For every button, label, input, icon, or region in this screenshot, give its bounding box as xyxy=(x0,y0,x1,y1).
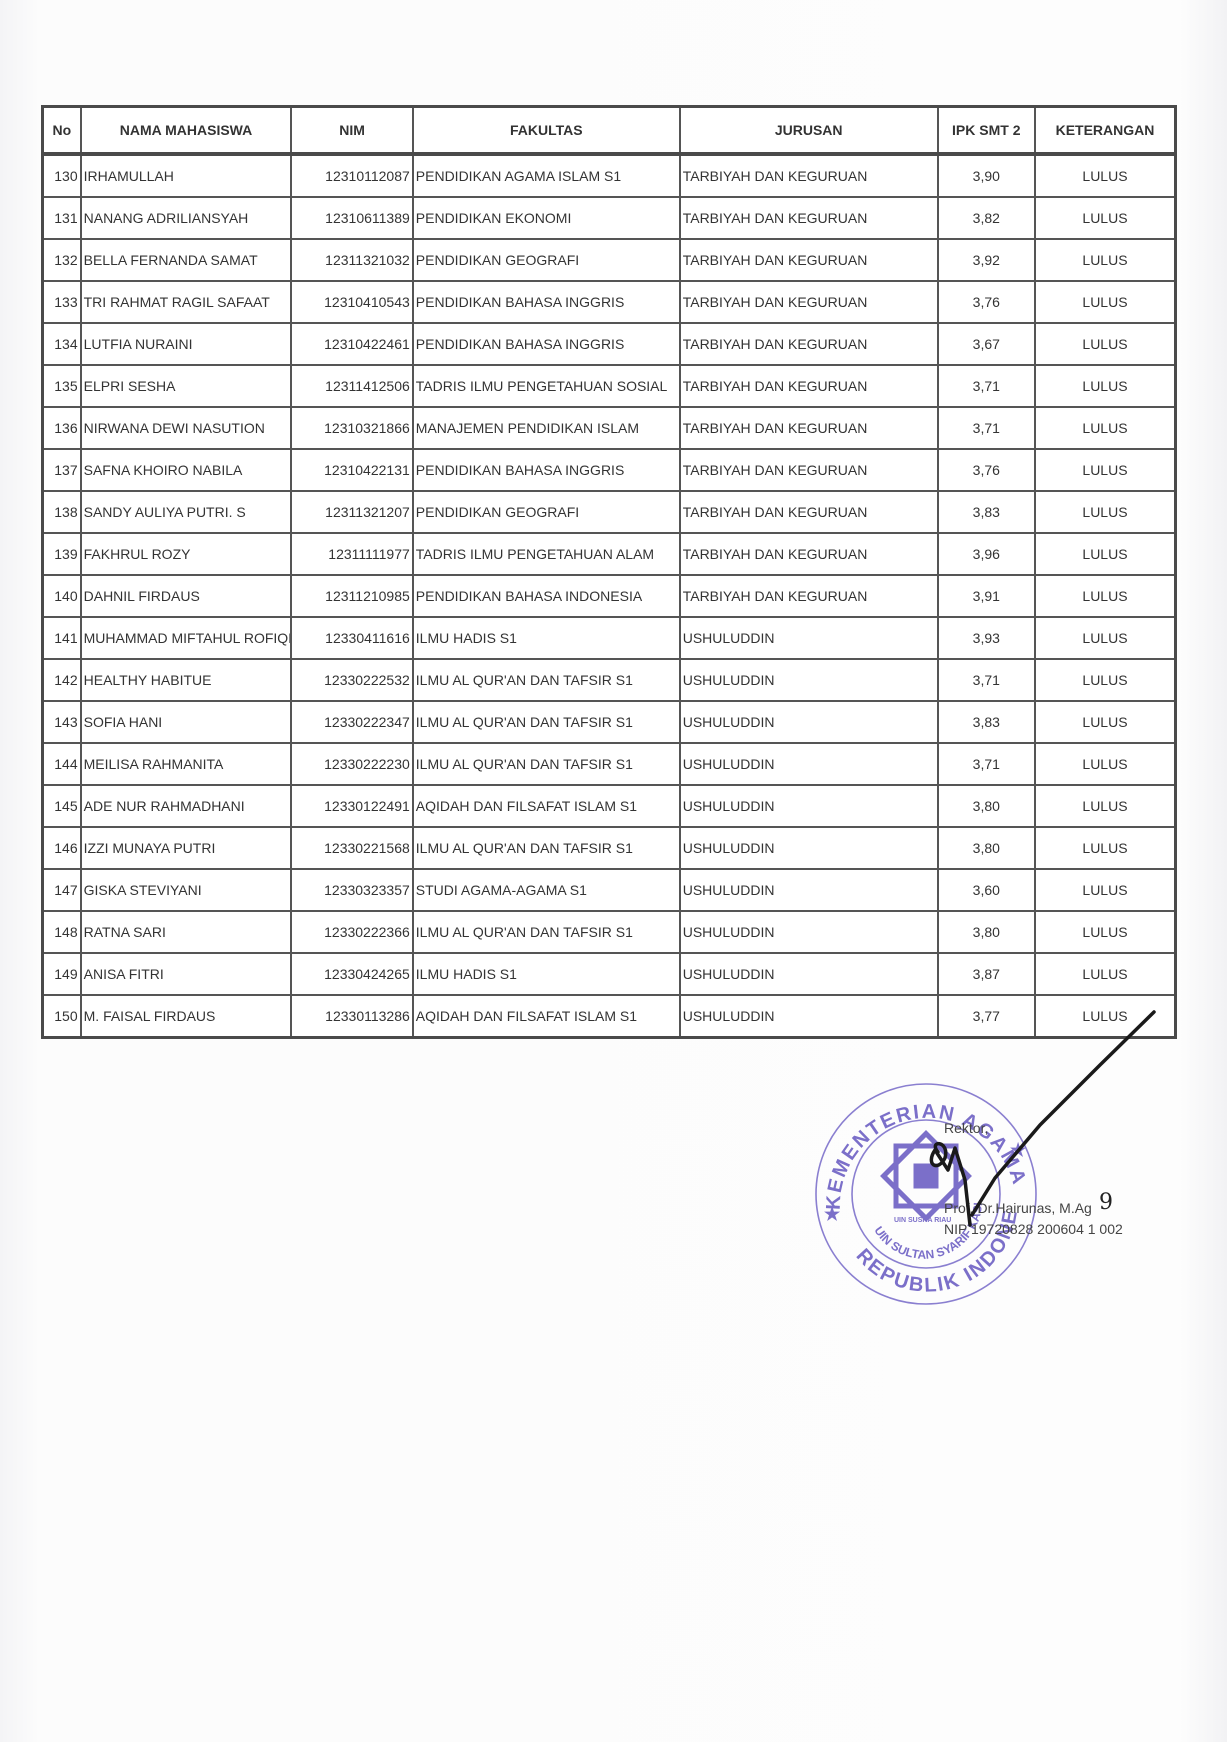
cell-ipk: 3,77 xyxy=(938,995,1035,1038)
cell-ipk: 3,80 xyxy=(938,785,1035,827)
cell-fakultas: PENDIDIKAN BAHASA INGGRIS xyxy=(413,323,680,365)
cell-no: 148 xyxy=(43,911,81,953)
cell-name: HEALTHY HABITUE xyxy=(81,659,292,701)
table-row: 135ELPRI SESHA12311412506TADRIS ILMU PEN… xyxy=(43,365,1176,407)
cell-ipk: 3,83 xyxy=(938,491,1035,533)
cell-jurusan: TARBIYAH DAN KEGURUAN xyxy=(680,407,938,449)
cell-keterangan: LULUS xyxy=(1035,154,1176,197)
cell-ipk: 3,76 xyxy=(938,281,1035,323)
header-nim: NIM xyxy=(291,107,412,155)
cell-name: BELLA FERNANDA SAMAT xyxy=(81,239,292,281)
cell-ipk: 3,76 xyxy=(938,449,1035,491)
table-row: 131NANANG ADRILIANSYAH12310611389PENDIDI… xyxy=(43,197,1176,239)
cell-name: ADE NUR RAHMADHANI xyxy=(81,785,292,827)
cell-keterangan: LULUS xyxy=(1035,953,1176,995)
cell-no: 142 xyxy=(43,659,81,701)
cell-jurusan: TARBIYAH DAN KEGURUAN xyxy=(680,533,938,575)
cell-keterangan: LULUS xyxy=(1035,323,1176,365)
cell-no: 147 xyxy=(43,869,81,911)
cell-fakultas: PENDIDIKAN GEOGRAFI xyxy=(413,491,680,533)
cell-no: 145 xyxy=(43,785,81,827)
cell-fakultas: ILMU HADIS S1 xyxy=(413,617,680,659)
header-fakultas: FAKULTAS xyxy=(413,107,680,155)
cell-ipk: 3,82 xyxy=(938,197,1035,239)
cell-keterangan: LULUS xyxy=(1035,785,1176,827)
cell-no: 138 xyxy=(43,491,81,533)
cell-nim: 12310422131 xyxy=(291,449,412,491)
table-header-row: No NAMA MAHASISWA NIM FAKULTAS JURUSAN I… xyxy=(43,107,1176,155)
cell-nim: 12330411616 xyxy=(291,617,412,659)
cell-ipk: 3,67 xyxy=(938,323,1035,365)
table-row: 144MEILISA RAHMANITA12330222230ILMU AL Q… xyxy=(43,743,1176,785)
cell-ipk: 3,80 xyxy=(938,827,1035,869)
cell-no: 131 xyxy=(43,197,81,239)
cell-fakultas: ILMU AL QUR'AN DAN TAFSIR S1 xyxy=(413,701,680,743)
cell-ipk: 3,71 xyxy=(938,743,1035,785)
cell-jurusan: USHULUDDIN xyxy=(680,953,938,995)
cell-jurusan: USHULUDDIN xyxy=(680,911,938,953)
cell-no: 146 xyxy=(43,827,81,869)
cell-name: ELPRI SESHA xyxy=(81,365,292,407)
cell-name: IRHAMULLAH xyxy=(81,154,292,197)
cell-nim: 12311321032 xyxy=(291,239,412,281)
cell-keterangan: LULUS xyxy=(1035,575,1176,617)
cell-name: IZZI MUNAYA PUTRI xyxy=(81,827,292,869)
cell-name: LUTFIA NURAINI xyxy=(81,323,292,365)
cell-jurusan: TARBIYAH DAN KEGURUAN xyxy=(680,575,938,617)
cell-jurusan: USHULUDDIN xyxy=(680,995,938,1038)
cell-nim: 12310410543 xyxy=(291,281,412,323)
cell-name: NIRWANA DEWI NASUTION xyxy=(81,407,292,449)
cell-fakultas: ILMU AL QUR'AN DAN TAFSIR S1 xyxy=(413,659,680,701)
cell-name: GISKA STEVIYANI xyxy=(81,869,292,911)
cell-jurusan: TARBIYAH DAN KEGURUAN xyxy=(680,239,938,281)
cell-name: ANISA FITRI xyxy=(81,953,292,995)
cell-no: 137 xyxy=(43,449,81,491)
cell-keterangan: LULUS xyxy=(1035,827,1176,869)
cell-name: RATNA SARI xyxy=(81,911,292,953)
cell-nim: 12330222532 xyxy=(291,659,412,701)
cell-fakultas: TADRIS ILMU PENGETAHUAN ALAM xyxy=(413,533,680,575)
cell-ipk: 3,91 xyxy=(938,575,1035,617)
cell-ipk: 3,71 xyxy=(938,407,1035,449)
table-row: 143SOFIA HANI12330222347ILMU AL QUR'AN D… xyxy=(43,701,1176,743)
cell-ipk: 3,92 xyxy=(938,239,1035,281)
cell-nim: 12311111977 xyxy=(291,533,412,575)
cell-nim: 12330221568 xyxy=(291,827,412,869)
cell-ipk: 3,71 xyxy=(938,659,1035,701)
cell-jurusan: TARBIYAH DAN KEGURUAN xyxy=(680,323,938,365)
cell-nim: 12330222347 xyxy=(291,701,412,743)
cell-name: TRI RAHMAT RAGIL SAFAAT xyxy=(81,281,292,323)
cell-jurusan: USHULUDDIN xyxy=(680,827,938,869)
table-row: 136NIRWANA DEWI NASUTION12310321866MANAJ… xyxy=(43,407,1176,449)
cell-keterangan: LULUS xyxy=(1035,617,1176,659)
cell-no: 143 xyxy=(43,701,81,743)
table-row: 130IRHAMULLAH12310112087PENDIDIKAN AGAMA… xyxy=(43,154,1176,197)
header-keterangan: KETERANGAN xyxy=(1035,107,1176,155)
cell-ipk: 3,71 xyxy=(938,365,1035,407)
cell-no: 133 xyxy=(43,281,81,323)
cell-no: 132 xyxy=(43,239,81,281)
table-row: 134LUTFIA NURAINI12310422461PENDIDIKAN B… xyxy=(43,323,1176,365)
cell-keterangan: LULUS xyxy=(1035,365,1176,407)
signatory-title: Rektor, xyxy=(944,1120,988,1136)
cell-fakultas: ILMU AL QUR'AN DAN TAFSIR S1 xyxy=(413,911,680,953)
cell-jurusan: TARBIYAH DAN KEGURUAN xyxy=(680,154,938,197)
table-row: 142HEALTHY HABITUE12330222532ILMU AL QUR… xyxy=(43,659,1176,701)
cell-name: FAKHRUL ROZY xyxy=(81,533,292,575)
cell-name: MUHAMMAD MIFTAHUL ROFIQI xyxy=(81,617,292,659)
cell-fakultas: PENDIDIKAN EKONOMI xyxy=(413,197,680,239)
cell-nim: 12330113286 xyxy=(291,995,412,1038)
cell-no: 150 xyxy=(43,995,81,1038)
cell-nim: 12330424265 xyxy=(291,953,412,995)
cell-no: 130 xyxy=(43,154,81,197)
cell-fakultas: PENDIDIKAN BAHASA INGGRIS xyxy=(413,449,680,491)
cell-no: 149 xyxy=(43,953,81,995)
student-results-table: No NAMA MAHASISWA NIM FAKULTAS JURUSAN I… xyxy=(41,105,1177,1039)
cell-jurusan: TARBIYAH DAN KEGURUAN xyxy=(680,365,938,407)
table-row: 140DAHNIL FIRDAUS12311210985PENDIDIKAN B… xyxy=(43,575,1176,617)
cell-keterangan: LULUS xyxy=(1035,659,1176,701)
star-left-icon: ★ xyxy=(824,1204,841,1224)
table-row: 145ADE NUR RAHMADHANI12330122491AQIDAH D… xyxy=(43,785,1176,827)
cell-jurusan: USHULUDDIN xyxy=(680,869,938,911)
table-row: 149ANISA FITRI12330424265ILMU HADIS S1US… xyxy=(43,953,1176,995)
cell-nim: 12330222366 xyxy=(291,911,412,953)
cell-jurusan: USHULUDDIN xyxy=(680,701,938,743)
cell-keterangan: LULUS xyxy=(1035,239,1176,281)
cell-ipk: 3,90 xyxy=(938,154,1035,197)
cell-nim: 12330222230 xyxy=(291,743,412,785)
cell-ipk: 3,80 xyxy=(938,911,1035,953)
table-row: 148RATNA SARI12330222366ILMU AL QUR'AN D… xyxy=(43,911,1176,953)
cell-name: SANDY AULIYA PUTRI. S xyxy=(81,491,292,533)
cell-fakultas: AQIDAH DAN FILSAFAT ISLAM S1 xyxy=(413,995,680,1038)
cell-nim: 12310422461 xyxy=(291,323,412,365)
table-row: 139FAKHRUL ROZY12311111977TADRIS ILMU PE… xyxy=(43,533,1176,575)
table-row: 147GISKA STEVIYANI12330323357STUDI AGAMA… xyxy=(43,869,1176,911)
cell-jurusan: TARBIYAH DAN KEGURUAN xyxy=(680,197,938,239)
cell-fakultas: PENDIDIKAN BAHASA INDONESIA xyxy=(413,575,680,617)
cell-jurusan: USHULUDDIN xyxy=(680,617,938,659)
cell-ipk: 3,60 xyxy=(938,869,1035,911)
cell-keterangan: LULUS xyxy=(1035,281,1176,323)
table-row: 146IZZI MUNAYA PUTRI12330221568ILMU AL Q… xyxy=(43,827,1176,869)
cell-no: 144 xyxy=(43,743,81,785)
cell-ipk: 3,87 xyxy=(938,953,1035,995)
cell-no: 140 xyxy=(43,575,81,617)
cell-keterangan: LULUS xyxy=(1035,743,1176,785)
signatory-name: Prof. Dr.Hairunas, M.Ag xyxy=(944,1200,1092,1216)
cell-jurusan: USHULUDDIN xyxy=(680,785,938,827)
cell-jurusan: USHULUDDIN xyxy=(680,659,938,701)
table-row: 132BELLA FERNANDA SAMAT12311321032PENDID… xyxy=(43,239,1176,281)
cell-nim: 12310112087 xyxy=(291,154,412,197)
official-stamp: KEMENTERIAN AGAMA REPUBLIK INDONESIA UIN… xyxy=(812,1080,1040,1308)
star-right-icon: ★ xyxy=(1010,1140,1027,1160)
cell-keterangan: LULUS xyxy=(1035,911,1176,953)
cell-fakultas: PENDIDIKAN BAHASA INGGRIS xyxy=(413,281,680,323)
table-row: 137SAFNA KHOIRO NABILA12310422131PENDIDI… xyxy=(43,449,1176,491)
cell-nim: 12311412506 xyxy=(291,365,412,407)
cell-keterangan: LULUS xyxy=(1035,995,1176,1038)
cell-nim: 12330323357 xyxy=(291,869,412,911)
cell-keterangan: LULUS xyxy=(1035,491,1176,533)
table-row: 141MUHAMMAD MIFTAHUL ROFIQI12330411616IL… xyxy=(43,617,1176,659)
cell-fakultas: TADRIS ILMU PENGETAHUAN SOSIAL xyxy=(413,365,680,407)
cell-nim: 12311210985 xyxy=(291,575,412,617)
cell-ipk: 3,93 xyxy=(938,617,1035,659)
cell-name: SOFIA HANI xyxy=(81,701,292,743)
cell-jurusan: TARBIYAH DAN KEGURUAN xyxy=(680,491,938,533)
cell-jurusan: USHULUDDIN xyxy=(680,743,938,785)
table-row: 150M. FAISAL FIRDAUS12330113286AQIDAH DA… xyxy=(43,995,1176,1038)
cell-keterangan: LULUS xyxy=(1035,407,1176,449)
stamp-logo-text: UIN SUSKA RIAU xyxy=(894,1217,951,1224)
cell-fakultas: PENDIDIKAN AGAMA ISLAM S1 xyxy=(413,154,680,197)
cell-fakultas: MANAJEMEN PENDIDIKAN ISLAM xyxy=(413,407,680,449)
cell-name: MEILISA RAHMANITA xyxy=(81,743,292,785)
cell-keterangan: LULUS xyxy=(1035,197,1176,239)
cell-nim: 12310611389 xyxy=(291,197,412,239)
cell-nim: 12330122491 xyxy=(291,785,412,827)
cell-ipk: 3,96 xyxy=(938,533,1035,575)
cell-fakultas: AQIDAH DAN FILSAFAT ISLAM S1 xyxy=(413,785,680,827)
cell-keterangan: LULUS xyxy=(1035,869,1176,911)
table-row: 133TRI RAHMAT RAGIL SAFAAT12310410543PEN… xyxy=(43,281,1176,323)
cell-name: M. FAISAL FIRDAUS xyxy=(81,995,292,1038)
cell-fakultas: STUDI AGAMA-AGAMA S1 xyxy=(413,869,680,911)
cell-no: 141 xyxy=(43,617,81,659)
cell-nim: 12311321207 xyxy=(291,491,412,533)
cell-keterangan: LULUS xyxy=(1035,449,1176,491)
cell-fakultas: PENDIDIKAN GEOGRAFI xyxy=(413,239,680,281)
cell-fakultas: ILMU AL QUR'AN DAN TAFSIR S1 xyxy=(413,827,680,869)
cell-no: 134 xyxy=(43,323,81,365)
cell-ipk: 3,83 xyxy=(938,701,1035,743)
cell-name: SAFNA KHOIRO NABILA xyxy=(81,449,292,491)
cell-name: DAHNIL FIRDAUS xyxy=(81,575,292,617)
header-jurusan: JURUSAN xyxy=(680,107,938,155)
cell-keterangan: LULUS xyxy=(1035,533,1176,575)
table-row: 138SANDY AULIYA PUTRI. S12311321207PENDI… xyxy=(43,491,1176,533)
cell-jurusan: TARBIYAH DAN KEGURUAN xyxy=(680,281,938,323)
cell-no: 139 xyxy=(43,533,81,575)
cell-no: 135 xyxy=(43,365,81,407)
cell-no: 136 xyxy=(43,407,81,449)
initial-mark: 9 xyxy=(1099,1190,1113,1215)
header-ipk: IPK SMT 2 xyxy=(938,107,1035,155)
cell-fakultas: ILMU AL QUR'AN DAN TAFSIR S1 xyxy=(413,743,680,785)
header-name: NAMA MAHASISWA xyxy=(81,107,292,155)
cell-fakultas: ILMU HADIS S1 xyxy=(413,953,680,995)
header-no: No xyxy=(43,107,81,155)
cell-name: NANANG ADRILIANSYAH xyxy=(81,197,292,239)
cell-nim: 12310321866 xyxy=(291,407,412,449)
cell-keterangan: LULUS xyxy=(1035,701,1176,743)
cell-jurusan: TARBIYAH DAN KEGURUAN xyxy=(680,449,938,491)
signatory-nip: NIP 19720828 200604 1 002 xyxy=(944,1221,1123,1237)
